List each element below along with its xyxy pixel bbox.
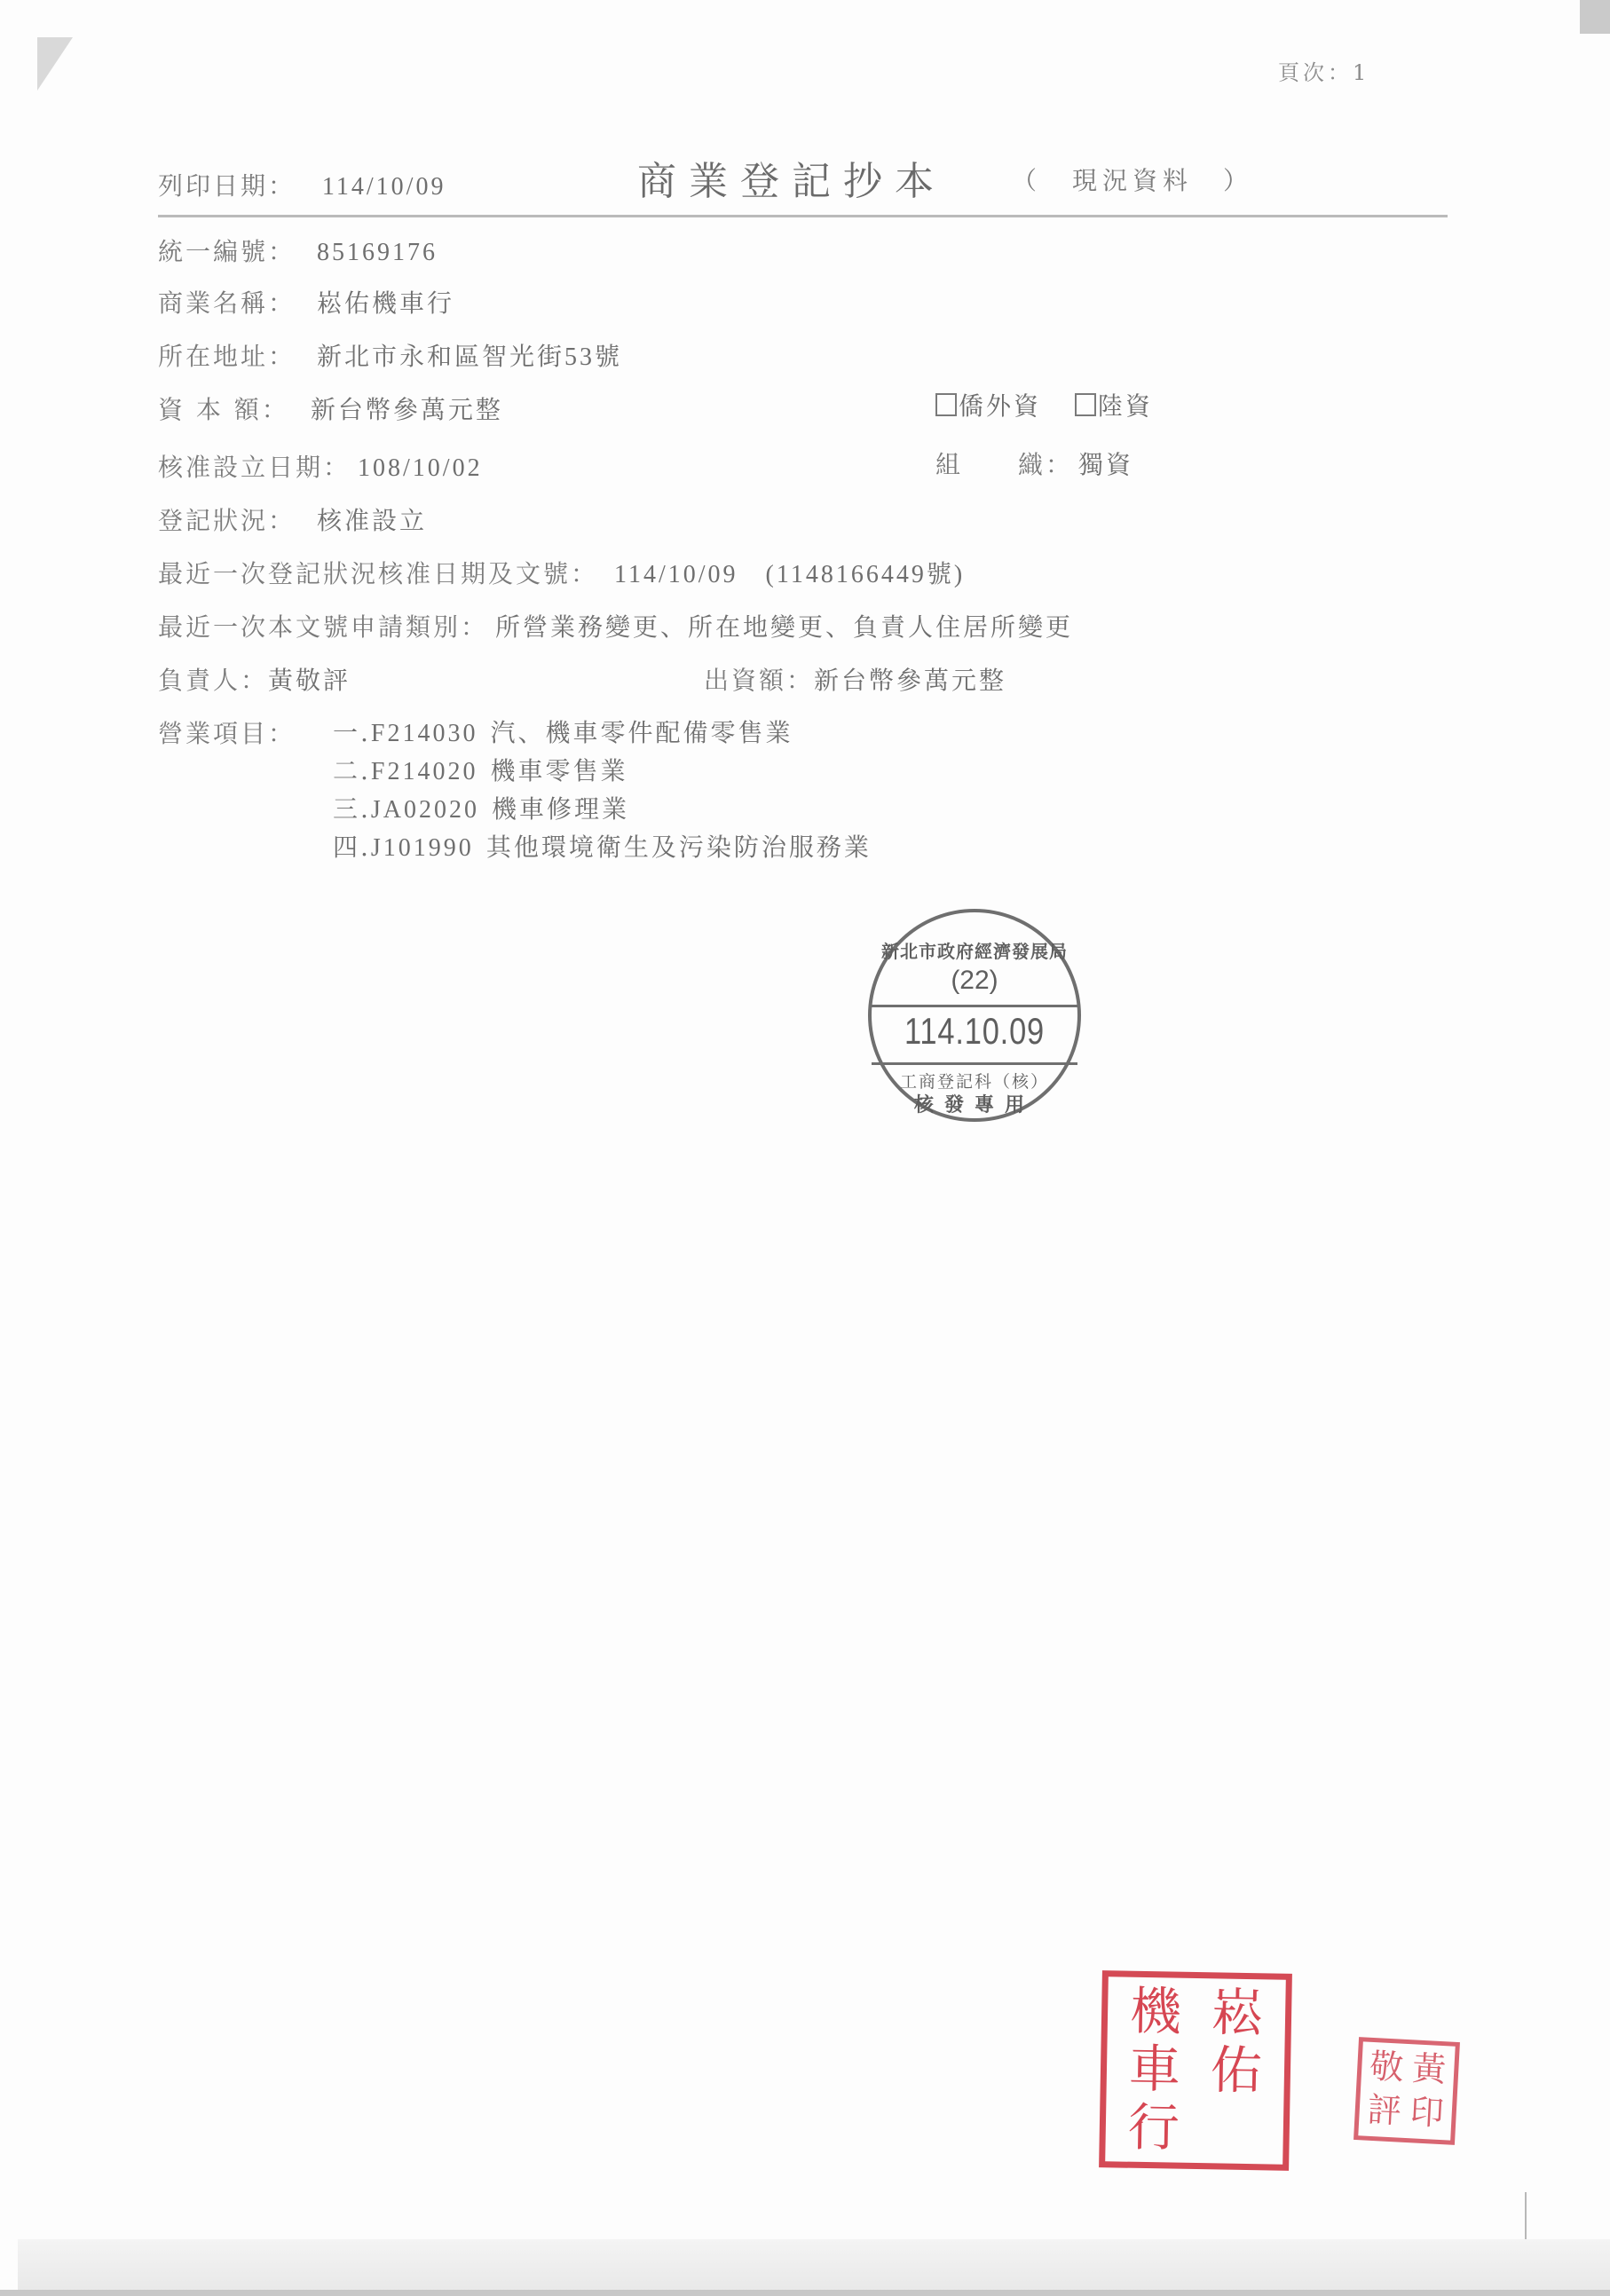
field-status: 登記狀況：核准設立 [158,501,427,537]
capital-options: 僑外資 陸資 [935,387,1176,422]
page-number: 頁次：1 [1278,55,1369,86]
print-date-value: 114/10/09 [322,173,446,201]
print-date: 列印日期： 114/10/09 [158,167,446,202]
stamp-date: 114.10.09 [890,1010,1059,1053]
list-item: 一.F214030汽、機車零件配備零售業 [333,714,872,753]
document-page: 頁次：1 列印日期： 114/10/09 商業登記抄本 （ 現況資料 ） 統一編… [0,0,1610,2296]
scan-edge-line [1525,2192,1527,2245]
business-items-list: 一.F214030汽、機車零件配備零售業 二.F214020機車零售業 三.JA… [333,714,872,867]
checkbox-box [1075,393,1096,416]
list-item: 二.F214020機車零售業 [333,753,872,791]
list-item: 三.JA02020機車修理業 [333,791,872,829]
scan-bottom-shadow [18,2239,1610,2292]
field-unified-no: 統一編號：85169176 [158,233,438,268]
scan-shadow-corner [37,37,73,91]
checkbox-mainland-capital: 陸資 [1075,387,1153,422]
field-contribution: 出資額：新台幣參萬元整 [704,661,1006,697]
field-approval-date: 核准設立日期：108/10/02 [158,448,483,484]
list-item: 四.J101990其他環境衛生及污染防治服務業 [333,829,872,867]
personal-seal: 黃 印 敬 評 [1354,2037,1460,2145]
print-date-label: 列印日期： [158,171,296,201]
field-capital: 資 本 額：新台幣參萬元整 [158,391,503,426]
scan-shadow-corner [1580,0,1610,34]
header-divider [158,215,1448,217]
stamp-number: (22) [872,966,1077,996]
field-address: 所在地址：新北市永和區智光街53號 [158,337,622,373]
checkbox-box [935,393,957,416]
field-latest-approval: 最近一次登記狀況核准日期及文號：114/10/09 (1148166449號) [158,555,965,590]
scan-bottom-edge [0,2290,1610,2296]
stamp-section: 工商登記科（核） [872,1069,1077,1093]
field-business-name: 商業名稱：崧佑機車行 [158,284,454,320]
field-business-items-label: 營業項目： [158,714,296,750]
official-date-stamp: 新北市政府經濟發展局 (22) 114.10.09 工商登記科（核） 核發專用 [868,909,1081,1122]
document-title: 商業登記抄本 [637,149,946,206]
stamp-usage: 核發專用 [872,1090,1077,1117]
field-responsible-person: 負責人：黃敬評 [158,661,351,697]
stamp-agency: 新北市政府經濟發展局 [872,937,1077,963]
field-latest-application: 最近一次本文號申請類別：所營業務變更、所在地變更、負責人住居所變更 [158,608,1073,643]
field-organization: 組 織：獨資 [935,446,1133,481]
company-seal: 崧 佑 機 車 行 [1099,1970,1292,2171]
checkbox-overseas-capital: 僑外資 [935,387,1041,422]
document-subtitle: （ 現況資料 ） [1012,162,1253,197]
